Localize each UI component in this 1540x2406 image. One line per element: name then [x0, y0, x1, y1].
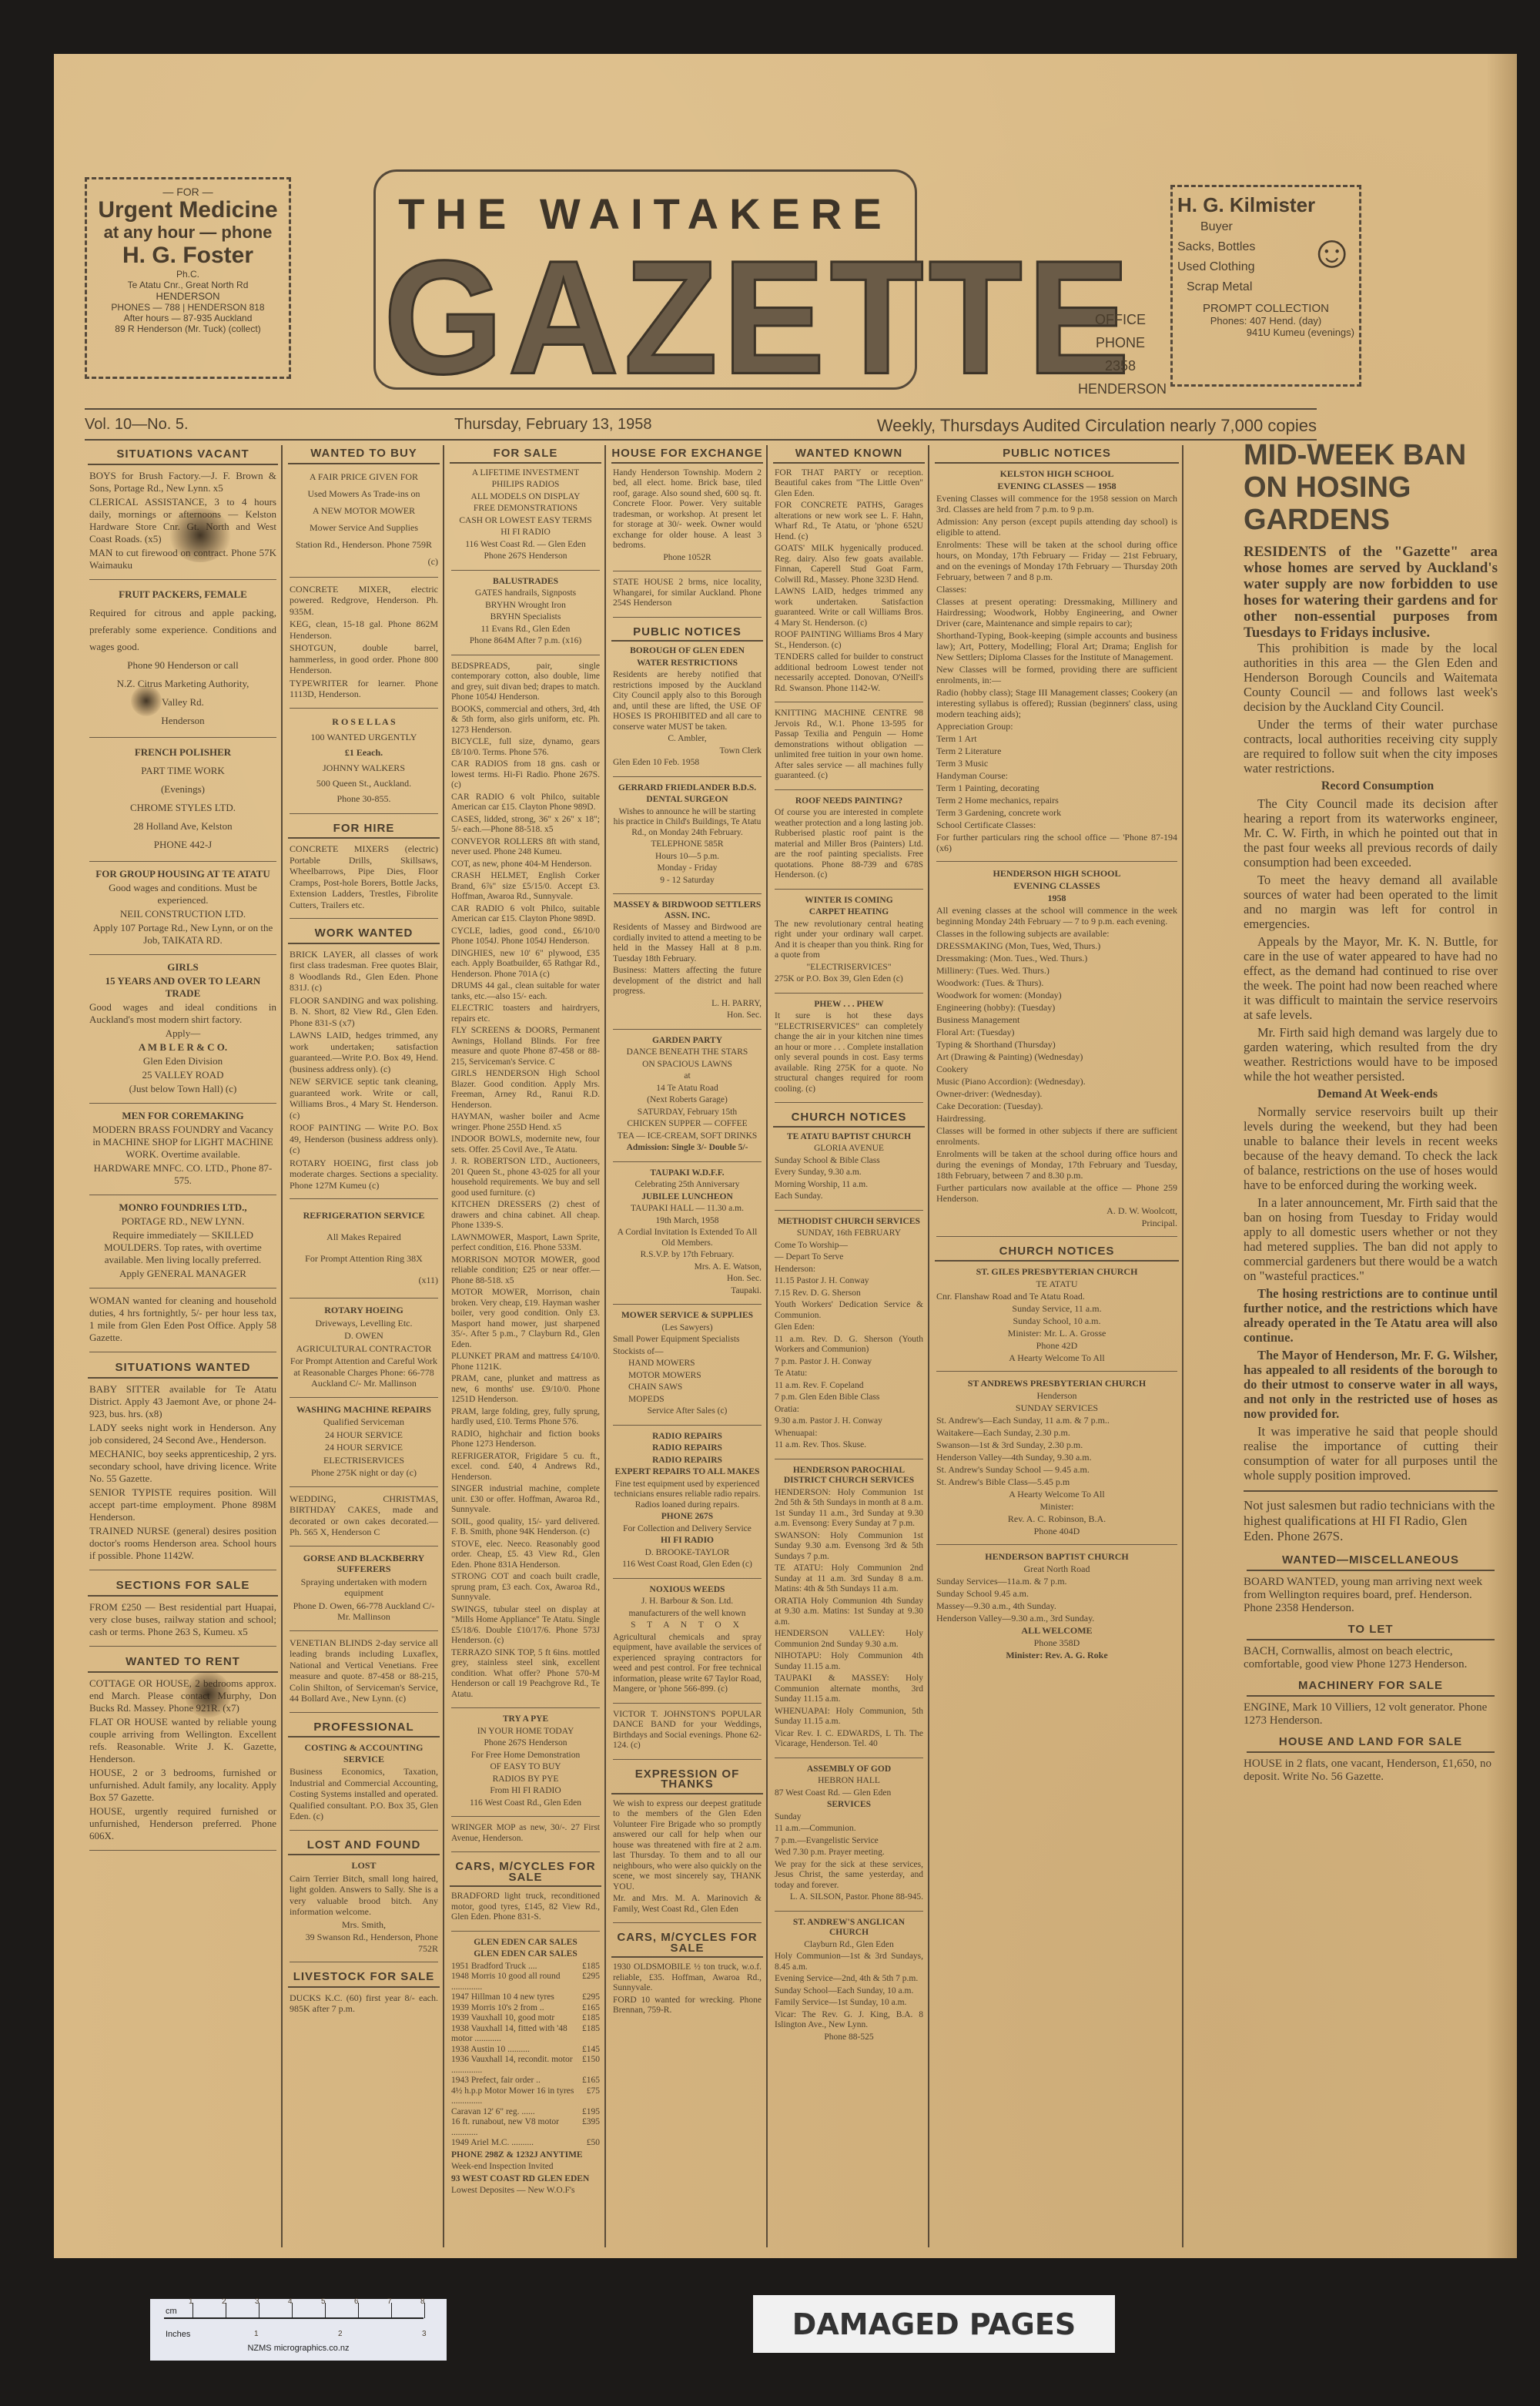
ad-text: at — [613, 1071, 762, 1082]
classified-ad: 1930 OLDSMOBILE ½ ton truck, w.o.f. reli… — [613, 1962, 762, 1994]
ad-text: Week-end Inspection Invited — [451, 2162, 600, 2173]
ad-text: Phone 90 Henderson or call — [89, 657, 276, 674]
ruler-line — [164, 2317, 423, 2319]
classified-ad: MECHANIC, boy seeks apprenticeship, 2 yr… — [89, 1448, 276, 1485]
article-paragraph: The Mayor of Henderson, Mr. F. G. Wilshe… — [1244, 1348, 1498, 1421]
ad-text: Phone 267S Henderson — [451, 1738, 600, 1749]
ad-item: Scrap Metal — [1177, 277, 1308, 297]
ad-text: PHONE 267S — [613, 1512, 762, 1523]
classified-ad: CRASH HELMET, English Corker Brand, 6⅞" … — [451, 871, 600, 903]
ad-text: L. A. SILSON, Pastor. Phone 88-945. — [775, 1892, 923, 1903]
ad-heading: BALUSTRADES — [451, 577, 600, 588]
column-situations: SITUATIONS VACANT BOYS for Brush Factory… — [85, 445, 283, 2247]
issue-date: Thursday, February 13, 1958 — [454, 416, 651, 434]
ad-text: Agricultural chemicals and spray equipme… — [613, 1633, 762, 1695]
ad-text: Term 2 Literature — [936, 746, 1177, 756]
article-body: This prohibition is made by the local au… — [1244, 641, 1498, 1483]
ad-text: TE ATATU — [936, 1278, 1177, 1289]
ad-heading: ASSEMBLY OF GOD — [775, 1764, 923, 1775]
classified-ad: BICYCLE, full size, dynamo, gears £8/10/… — [451, 737, 600, 758]
ad-heading: MONRO FOUNDRIES LTD., — [89, 1201, 276, 1214]
ad-text: Hours 10—5 p.m. — [613, 852, 762, 863]
car-price: £295 — [582, 1992, 600, 2003]
ad-text: 15 YEARS AND OVER TO LEARN TRADE — [89, 975, 276, 1000]
ad-text: — Depart To Serve — [775, 1252, 923, 1263]
ad-text: A Hearty Welcome To All — [936, 1352, 1177, 1363]
ad-text: A Hearty Welcome To All — [936, 1489, 1177, 1500]
ad-text: Enrolments: These will be taken at the s… — [936, 539, 1177, 582]
ad-text: Every Sunday, 9.30 a.m. — [775, 1168, 923, 1178]
ad-text: (Just below Town Hall) (c) — [89, 1083, 276, 1095]
classified-ad: CAR RADIO 6 volt Philco, suitable Americ… — [451, 904, 600, 925]
ad-text: ON SPACIOUS LAWNS — [613, 1060, 762, 1071]
ad-text: Station Rd., Henderson. Phone 759R — [290, 537, 438, 552]
car-price-list: 1951 Bradford Truck ....£1851948 Morris … — [451, 1962, 600, 2149]
ad-heading: GARDEN PARTY — [613, 1036, 762, 1047]
classified-ad: ELECTRIC toasters and hairdryers, repair… — [451, 1004, 600, 1024]
ad-text: 7 p.m. Glen Eden Bible Class — [775, 1392, 923, 1403]
ad-text: (Les Sawyers) — [613, 1323, 762, 1334]
ad-heading: ROOF NEEDS PAINTING? — [775, 796, 923, 807]
ad-text: Admission: Any person (except pupils att… — [936, 516, 1177, 538]
ad-text: All evening classes at the school will c… — [936, 905, 1177, 927]
ad-heading: FOR GROUP HOUSING AT TE ATATU — [89, 868, 276, 880]
ad-text: L. H. PARRY, — [613, 999, 762, 1010]
ad-heading: PHEW . . . PHEW — [775, 1000, 923, 1010]
car-price: £165 — [582, 2003, 600, 2014]
ad-text: TAUPAKI HALL — 11.30 a.m. — [613, 1204, 762, 1215]
ad-text: For Free Home Demonstration — [451, 1751, 600, 1761]
ad-text: For Prompt Attention Ring 38X — [290, 1248, 438, 1268]
ad-text: OF EASY TO BUY — [451, 1762, 600, 1773]
car-desc: 1951 Bradford Truck .... — [451, 1962, 537, 1972]
section-heading: WANTED TO BUY — [288, 445, 440, 464]
ad-text: Service After Sales (c) — [613, 1406, 762, 1417]
ad-text: HAND MOWERS — [613, 1359, 762, 1369]
ad-text: Sunday Service, 11 a.m. — [936, 1303, 1177, 1314]
ad-text: Art (Drawing & Painting) (Wednesday) — [936, 1051, 1177, 1062]
ad-heading: GORSE AND BLACKBERRY SUFFERERS — [290, 1553, 438, 1575]
section-heading: WANTED TO RENT — [88, 1653, 278, 1673]
ad-text: A Cordial Invitation Is Extended To All … — [613, 1228, 762, 1248]
classified-ad: KNITTING MACHINE CENTRE 98 Jervois Rd., … — [775, 709, 923, 782]
ad-text: D. OWEN — [290, 1330, 438, 1342]
classified-ad: BABY SITTER available for Te Atatu Distr… — [89, 1383, 276, 1420]
classified-ad: VICTOR T. JOHNSTON'S POPULAR DANCE BAND … — [613, 1710, 762, 1751]
ad-text: New Classes will be formed, providing th… — [936, 664, 1177, 685]
ad-text: Sunday School 9.45 a.m. — [936, 1588, 1177, 1599]
ad-text: Henderson Valley—4th Sunday, 9.30 a.m. — [936, 1452, 1177, 1463]
car-desc: 1947 Hillman 10 4 new tyres — [451, 1992, 554, 2003]
ad-text: We wish to express our deepest gratitude… — [613, 1799, 762, 1893]
ad-text: MOTOR MOWERS — [613, 1371, 762, 1382]
ad-text: Classes in the following subjects are av… — [936, 928, 1177, 939]
ad-text: Te Atatu: — [775, 1369, 923, 1379]
classified-ad: GOATS' MILK hygenically produced. Reg. d… — [775, 544, 923, 585]
ad-text: Spraying undertaken with modern equipmen… — [290, 1577, 438, 1599]
ad-text: 7 p.m. Pastor J. H. Conway — [775, 1357, 923, 1368]
ad-text: Phone 267S Henderson — [451, 551, 600, 562]
car-price: £185 — [582, 2013, 600, 2024]
ad-text: Sunday Services—11a.m. & 7 p.m. — [936, 1576, 1177, 1587]
article-headline: MID-WEEK BAN ON HOSING GARDENS — [1244, 439, 1498, 536]
classified-ad: CYCLE, ladies, good cond., £6/10/0 Phone… — [451, 927, 600, 947]
section-heading: PUBLIC NOTICES — [935, 445, 1179, 464]
classified-ad: ROTARY HOEING, first class job moderate … — [290, 1158, 438, 1191]
ad-text: Admission: Single 3/- Double 5/- — [613, 1143, 762, 1154]
ad-text: FREE DEMONSTRATIONS — [451, 504, 600, 514]
ad-text: St. Andrew's Sunday School — 9.45 a.m. — [936, 1464, 1177, 1475]
ad-text: Term 3 Music — [936, 758, 1177, 769]
column-wanted-to-buy: WANTED TO BUY A FAIR PRICE GIVEN FOR Use… — [285, 445, 444, 2247]
damaged-pages-label: DAMAGED PAGES — [753, 2295, 1115, 2353]
classified-ad: ROOF PAINTING — Write P.O. Box 49, Hende… — [290, 1122, 438, 1156]
ad-text: Apply— — [89, 1027, 276, 1040]
ad-heading: METHODIST CHURCH SERVICES — [775, 1217, 923, 1228]
classified-ad: KITCHEN DRESSERS (2) chest of drawers an… — [451, 1200, 600, 1231]
column-house-exchange: HOUSE FOR EXCHANGE Handy Henderson Towns… — [608, 445, 768, 2247]
column-wanted-known: WANTED KNOWN FOR THAT PARTY or reception… — [770, 445, 929, 2247]
ad-name: H. G. Kilmister — [1177, 193, 1354, 217]
classified-ad: TERRAZO SINK TOP, 5 ft 6ins. mottled gre… — [451, 1648, 600, 1701]
ad-text: Celebrating 25th Anniversary — [613, 1180, 762, 1191]
classified-ad: HAYMAN, washer boiler and Acme wringer. … — [451, 1112, 600, 1133]
ad-text: Holy Communion—1st & 3rd Sundays, 8.45 a… — [775, 1952, 923, 1972]
ad-text: RADIOS BY PYE — [451, 1774, 600, 1785]
ad-text: For Prompt Attention and Careful Work at… — [290, 1355, 438, 1389]
classified-ad: TYPEWRITER for learner. Phone 1113D, Hen… — [290, 678, 438, 700]
car-price: £295 — [582, 1972, 600, 1992]
car-desc: Caravan 12' 6" reg. ...... — [451, 2107, 535, 2118]
car-desc: 1939 Vauxhall 10, good motr — [451, 2013, 554, 2024]
ad-text: Henderson Valley—9.30 a.m., 3rd Sunday. — [936, 1613, 1177, 1624]
ad-text: St. Andrew's Bible Class—5.45 p.m — [936, 1476, 1177, 1487]
car-price: £185 — [582, 2024, 600, 2045]
ruler-brand: NZMS micrographics.co.nz — [150, 2344, 447, 2353]
ad-text: Driveways, Levelling Etc. — [290, 1318, 438, 1329]
ad-text: Monday - Friday — [613, 863, 762, 874]
ad-text: PORTAGE RD., NEW LYNN. — [89, 1215, 276, 1228]
ad-phone-eve: 941U Kumeu (evenings) — [1177, 327, 1354, 338]
section-heading: FOR SALE — [450, 445, 601, 464]
ruler-inch-number: 1 — [254, 2330, 259, 2338]
classified-ad: ENGINE, Mark 10 Villiers, 12 volt genera… — [1244, 1701, 1498, 1727]
ad-text: BRYHN Specialists — [451, 612, 600, 623]
article-paragraph: To meet the heavy demand all available s… — [1244, 873, 1498, 931]
classified-ad: GIRLS HENDERSON High School Blazer. Good… — [451, 1069, 600, 1111]
ad-heading: ROTARY HOEING — [290, 1305, 438, 1316]
ad-text: 7 p.m.—Evangelistic Service — [775, 1836, 923, 1847]
article-paragraph: Mr. Firth said high demand was largely d… — [1244, 1025, 1498, 1084]
ad-cred: Ph.C. — [92, 269, 284, 280]
classified-ad: CAR RADIOS from 18 gns. cash or lowest t… — [451, 759, 600, 791]
ad-text: WHENUAPAI: Holy Communion, 5th Sunday 11… — [775, 1707, 923, 1727]
ad-text: 500 Queen St., Auckland. — [290, 776, 438, 790]
section-heading: LOST AND FOUND — [288, 1837, 440, 1856]
ad-text: 11.15 Pastor J. H. Conway — [775, 1276, 923, 1287]
car-listing: 1948 Morris 10 good all round ..........… — [451, 1972, 600, 1992]
car-listing: 16 ft. runabout, new V8 motor ..........… — [451, 2117, 600, 2138]
car-listing: 1938 Austin 10 ..........£145 — [451, 2045, 600, 2056]
classified-ad: STRONG COT and coach built cradle, sprun… — [451, 1572, 600, 1603]
classified-ad: DUCKS K.C. (60) first year 8/- each. 985… — [290, 1992, 438, 2015]
ad-heading: BOROUGH OF GLEN EDEN — [613, 646, 762, 657]
ad-text: Mrs. Smith, — [290, 1919, 438, 1931]
section-heading: MACHINERY FOR SALE — [1247, 1676, 1495, 1697]
ad-text: Mower Service And Supplies — [290, 520, 438, 535]
classified-ad: HOUSE, 2 or 3 bedrooms, furnished or unf… — [89, 1767, 276, 1804]
ad-headline: Urgent Medicine — [92, 198, 284, 223]
ad-text: Oratia: — [775, 1405, 923, 1416]
ruler-cm-number: 5 — [321, 2297, 326, 2306]
ad-text: Residents of Massey and Birdwood are cor… — [613, 923, 762, 964]
ad-text: Phone 358D — [936, 1637, 1177, 1648]
ad-text: Family Service—1st Sunday, 10 a.m. — [775, 1998, 923, 2009]
ad-heading: FRUIT PACKERS, FEMALE — [89, 586, 276, 603]
newspaper-page: — FOR — Urgent Medicine at any hour — ph… — [54, 54, 1517, 2258]
car-price: £50 — [587, 2138, 600, 2149]
ad-text: Phone 404D — [936, 1526, 1177, 1536]
ad-text: Come To Worship— — [775, 1241, 923, 1252]
hifi-ad: Not just salesmen but radio technicians … — [1244, 1498, 1498, 1544]
ad-text: 28 Holland Ave, Kelston — [89, 818, 276, 835]
car-price: £195 — [582, 2107, 600, 2118]
ad-text: Wed 7.30 p.m. Prayer meeting. — [775, 1848, 923, 1858]
ruler-cm-number: 1 — [189, 2297, 193, 2306]
classified-ad: FLOOR SANDING and wax polishing. B. N. S… — [290, 995, 438, 1029]
classified-ad: BEDSPREADS, pair, single contemporary co… — [451, 662, 600, 703]
ad-town: HENDERSON — [92, 290, 284, 302]
car-listing: 1947 Hillman 10 4 new tyres£295 — [451, 1992, 600, 2003]
ad-heading: HENDERSON PAROCHIAL DISTRICT CHURCH SERV… — [775, 1466, 923, 1486]
ad-text: Minister: Rev. A. G. Roke — [936, 1650, 1177, 1660]
ad-text: Phone 30-855. — [290, 792, 438, 806]
ad-text: Used Mowers As Trade-ins on — [290, 486, 438, 501]
headline-line: MID-WEEK BAN — [1244, 439, 1498, 471]
ad-text: Phone D. Owen, 66-778 Auckland C/- Mr. M… — [290, 1600, 438, 1623]
parochial-notice: HENDERSON PAROCHIAL DISTRICT CHURCH SERV… — [775, 1466, 923, 1758]
car-listing: 1951 Bradford Truck ....£185 — [451, 1962, 600, 1972]
ad-text: Phone 42D — [936, 1340, 1177, 1351]
ad-text: 39 Swanson Rd., Henderson, Phone 752R — [290, 1932, 438, 1954]
classified-ad: DINGHIES, new 10' 6" plywood, £35 each. … — [451, 949, 600, 980]
ad-text: 11 a.m.—Communion. — [775, 1824, 923, 1835]
ad-text: Typing & Shorthand (Thursday) — [936, 1039, 1177, 1050]
ad-text: Of course you are interested in complete… — [775, 808, 923, 881]
classified-ad: KEG, clean, 15-18 gal. Phone 862M Hender… — [290, 618, 438, 641]
ad-text: NIHOTAPU: Holy Communion 4th Sunday 11.1… — [775, 1651, 923, 1672]
ad-text: Hon. Sec. — [613, 1274, 762, 1285]
classified-ad: BOARD WANTED, young man arriving next we… — [1244, 1576, 1498, 1615]
ad-text: Morning Worship, 11 a.m. — [775, 1180, 923, 1191]
ad-text: HENDERSON: Holy Communion 1st 2nd 5th & … — [775, 1488, 923, 1530]
ruler-cm-number: 8 — [420, 2297, 425, 2306]
ad-text: Vicar: The Rev. G. J. King, B.A. 8 Islin… — [775, 2010, 923, 2031]
section-heading: WANTED—MISCELLANEOUS — [1247, 1550, 1495, 1571]
classified-ad: BRADFORD light truck, reconditioned moto… — [451, 1892, 600, 1923]
ad-text: Millinery: (Tues. Wed. Thurs.) — [936, 965, 1177, 976]
ad-text: JOHNNY WALKERS — [290, 761, 438, 775]
classified-ad: LADY seeks night work in Henderson. Any … — [89, 1422, 276, 1446]
ad-text: Enrolments will be taken at the school d… — [936, 1148, 1177, 1181]
ad-text: Sunday School—Each Sunday, 10 a.m. — [775, 1986, 923, 1997]
ad-text: Business: Matters affecting the future d… — [613, 966, 762, 997]
ad-heading: WASHING MACHINE REPAIRS — [290, 1404, 438, 1416]
car-listing: 1939 Morris 10's 2 from ..£165 — [451, 2003, 600, 2014]
classified-ad: CAR RADIO 6 volt Philco, suitable Americ… — [451, 793, 600, 813]
section-heading: HOUSE FOR EXCHANGE — [611, 445, 763, 464]
classified-ad: HOUSE in 2 flats, one vacant, Henderson,… — [1244, 1758, 1498, 1784]
ruler-inch-number: 3 — [422, 2330, 427, 2338]
ad-text: £1 Eeach. — [290, 746, 438, 759]
ad-text: Evening Service—2nd, 4th & 5th 7 p.m. — [775, 1974, 923, 1985]
ad-text: Term 2 Home mechanics, repairs — [936, 795, 1177, 806]
car-listing: 1943 Prefect, fair order ..£165 — [451, 2076, 600, 2086]
ad-heading: RADIO REPAIRS — [613, 1432, 762, 1443]
ad-heading: R O S E L L A S — [290, 715, 438, 729]
ad-text: Henderson: — [775, 1265, 923, 1275]
ad-text: Taupaki. — [613, 1286, 762, 1297]
ad-text: For further particulars ring the school … — [936, 832, 1177, 853]
ad-text: Minister: Mr. L. A. Grosse — [936, 1328, 1177, 1339]
ad-text: (Next Roberts Garage) — [613, 1095, 762, 1106]
ad-text: 116 West Coast Rd., Glen Eden — [451, 1798, 600, 1809]
ad-text: Rev. A. C. Robinson, B.A. — [936, 1513, 1177, 1524]
ad-text: 25 VALLEY ROAD — [89, 1069, 276, 1081]
car-listing: 1949 Ariel M.C. ..........£50 — [451, 2138, 600, 2149]
ad-text: Cairn Terrier Bitch, small long haired, … — [290, 1873, 438, 1918]
ad-heading: GLEN EDEN CAR SALES — [451, 1949, 600, 1960]
ad-text: Hairdressing. — [936, 1113, 1177, 1124]
ruler-cm-label: cm — [166, 2307, 177, 2316]
classified-ad: CONCRETE MIXER, electric powered. Redgro… — [290, 584, 438, 618]
ad-text: ALL MODELS ON DISPLAY — [451, 492, 600, 503]
ad-heading: HENDERSON BAPTIST CHURCH — [936, 1551, 1177, 1562]
ad-text: Henderson — [89, 712, 276, 729]
ad-item: Sacks, Bottles — [1177, 237, 1308, 257]
car-desc: 1948 Morris 10 good all round ..........… — [451, 1972, 582, 1992]
ruler-cm-number: 3 — [255, 2297, 259, 2306]
classified-ad: MOTOR MOWER, Morrison, chain broken. Ver… — [451, 1288, 600, 1350]
car-price: £165 — [582, 2076, 600, 2086]
lead-article: MID-WEEK BAN ON HOSING GARDENS RESIDENTS… — [1244, 439, 1498, 1784]
car-desc: 1936 Vauxhall 14, recondit. motor ......… — [451, 2055, 582, 2076]
ad-heading: FRENCH POLISHER — [89, 744, 276, 761]
ad-text: SATURDAY, February 15th — [613, 1107, 762, 1118]
car-desc: 1938 Austin 10 .......... — [451, 2045, 530, 2056]
phone-label: PHONE — [1078, 331, 1163, 354]
section-heading: TO LET — [1247, 1620, 1495, 1640]
ad-text: 93 WEST COAST RD GLEN EDEN — [451, 2174, 600, 2185]
ad-text: Qualified Serviceman — [290, 1416, 438, 1428]
classified-ad: HOUSE, urgently required furnished or un… — [89, 1805, 276, 1842]
car-desc: 1939 Morris 10's 2 from .. — [451, 2003, 544, 2014]
ad-text: HI FI RADIO — [451, 528, 600, 538]
ad-heading: EVENING CLASSES — 1958 — [936, 481, 1177, 491]
ad-text: 275K or P.O. Box 39, Glen Eden (c) — [775, 974, 923, 985]
ruler-cm-number: 4 — [288, 2297, 293, 2306]
ad-text: Radio (hobby class); Stage III Managemen… — [936, 687, 1177, 719]
ad-addr: Te Atatu Cnr., Great North Rd — [92, 280, 284, 290]
ad-text: PART TIME WORK — [89, 762, 276, 779]
ad-text: Business Economics, Taxation, Industrial… — [290, 1766, 438, 1822]
ad-text: Whenuapai: — [775, 1429, 923, 1439]
ad-text: Fine test equipment used by experienced … — [613, 1479, 762, 1511]
ad-text: Required for citrous and apple packing, … — [89, 605, 276, 655]
ad-heading: GIRLS — [89, 961, 276, 973]
article-paragraph: In a later announcement, Mr. Firth said … — [1244, 1195, 1498, 1283]
ad-text: MOPEDS — [613, 1395, 762, 1406]
classified-ad: RADIO, highchair and fiction books Phone… — [451, 1429, 600, 1450]
car-desc: 16 ft. runabout, new V8 motor ..........… — [451, 2117, 582, 2138]
car-listing: 1939 Vauxhall 10, good motr£185 — [451, 2013, 600, 2024]
section-heading: WANTED KNOWN — [773, 445, 925, 464]
ad-text: manufacturers of the well known — [613, 1609, 762, 1620]
kelston-notice: KELSTON HIGH SCHOOL EVENING CLASSES — 19… — [936, 468, 1177, 862]
headline-line: GARDENS — [1244, 504, 1498, 536]
ad-heading: ST ANDREWS PRESBYTERIAN CHURCH — [936, 1378, 1177, 1389]
ad-text: Engineering (hobby): (Tuesday) — [936, 1002, 1177, 1013]
ad-text: Music (Piano Accordion): (Wednesday). — [936, 1076, 1177, 1087]
ad-text: SUNDAY SERVICES — [936, 1402, 1177, 1413]
ad-text: TEA — ICE-CREAM, SOFT DRINKS — [613, 1131, 762, 1142]
ad-heading: RADIO REPAIRS — [613, 1456, 762, 1466]
ad-text: CHROME STYLES LTD. — [89, 799, 276, 816]
ad-text: A FAIR PRICE GIVEN FOR — [290, 469, 438, 484]
masthead-frame: THE WAITAKERE GAZETTE — [373, 169, 917, 390]
ad-text: R.S.V.P. by 17th February. — [613, 1250, 762, 1261]
ad-text: Mr. and Mrs. M. A. Marinovich & Family, … — [613, 1894, 762, 1915]
ad-text: 11 a.m. Rev. D. G. Sherson (Youth Worker… — [775, 1335, 923, 1355]
ad-text: DANCE BENEATH THE STARS — [613, 1047, 762, 1058]
classified-ad: CONVEYOR ROLLERS 8ft with stand, never u… — [451, 837, 600, 858]
ad-text: Term 1 Painting, decorating — [936, 782, 1177, 793]
ad-text: From HI FI RADIO — [451, 1786, 600, 1797]
classified-ad: REFRIGERATOR, Frigidare 5 cu. ft., excel… — [451, 1452, 600, 1483]
dateline: Vol. 10—No. 5. Thursday, February 13, 19… — [85, 408, 1317, 441]
ad-kilmister: H. G. Kilmister Buyer Sacks, Bottles Use… — [1170, 185, 1361, 387]
article-paragraph: Appeals by the Mayor, Mr. K. N. Buttle, … — [1244, 934, 1498, 1022]
ad-text: C. Ambler, — [613, 734, 762, 745]
ad-text: MODERN BRASS FOUNDRY and Vacancy in MACH… — [89, 1124, 276, 1161]
classified-ad: WRINGER MOP as new, 30/-. 27 First Avenu… — [451, 1823, 600, 1844]
junk-man-illustration-icon: ☺ — [1308, 217, 1354, 297]
classified-ad: BOYS for Brush Factory.—J. F. Brown & So… — [89, 470, 276, 494]
masthead-title: GAZETTE — [383, 237, 907, 399]
ad-heading: NOXIOUS WEEDS — [613, 1585, 762, 1596]
ad-heading: GLEN EDEN CAR SALES — [451, 1938, 600, 1949]
ad-text: Apply GENERAL MANAGER — [89, 1268, 276, 1280]
classified-ad: PLUNKET PRAM and mattress £4/10/0. Phone… — [451, 1352, 600, 1372]
ad-text: 9.30 a.m. Pastor J. H. Conway — [775, 1416, 923, 1427]
ad-text: Dressmaking: (Mon. Tues., Wed. Thurs.) — [936, 953, 1177, 963]
ad-text: ELECTRISERVICES — [290, 1455, 438, 1466]
classified-ad: Handy Henderson Township. Modern 2 bed, … — [613, 468, 762, 551]
ad-text: Cake Decoration: (Tuesday). — [936, 1101, 1177, 1111]
ad-heading: TE ATATU BAPTIST CHURCH — [775, 1132, 923, 1143]
ad-text: Good wages and conditions. Must be exper… — [89, 882, 276, 906]
car-price: £395 — [582, 2117, 600, 2138]
classified-ad: LAWNMOWER, Masport, Lawn Sprite, perfect… — [451, 1233, 600, 1254]
ad-heading: 1958 — [936, 893, 1177, 903]
ad-text: Woodwork: (Tues. & Thurs). — [936, 977, 1177, 988]
ad-heading: REFRIGERATION SERVICE — [290, 1205, 438, 1225]
ad-text: 100 WANTED URGENTLY — [290, 730, 438, 744]
section-heading: EXPRESSION OF THANKS — [611, 1766, 763, 1794]
classified-ad: DRUMS 44 gal., clean suitable for water … — [451, 981, 600, 1002]
henderson-notice: HENDERSON HIGH SCHOOL EVENING CLASSES 19… — [936, 868, 1177, 1237]
ad-text: N.Z. Citrus Marketing Authority, — [89, 675, 276, 692]
